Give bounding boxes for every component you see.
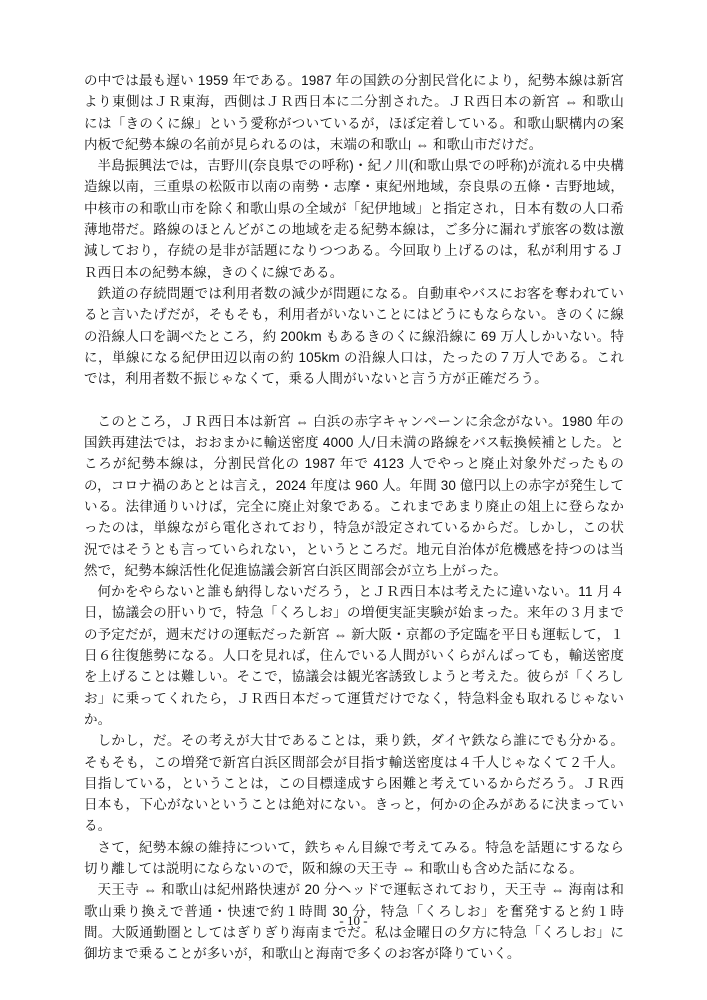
document-page: の中では最も遅い 1959 年である。1987 年の国鉄の分割民営化により，紀勢… — [0, 0, 707, 1000]
paragraph: 鉄道の存続問題では利用者数の減少が問題になる。自動車やバスにお客を奪われていると… — [84, 283, 624, 389]
page-number: - 10 - — [0, 913, 707, 929]
paragraph: 何かをやらないと誰も納得しないだろう，とＪＲ西日本は考えたに違いない。11 月４… — [84, 581, 624, 730]
paragraph: さて，紀勢本線の維持について，鉄ちゃん目線で考えてみる。特急を話題にするなら切り… — [84, 837, 624, 880]
document-body: の中では最も遅い 1959 年である。1987 年の国鉄の分割民営化により，紀勢… — [84, 70, 624, 964]
paragraph: 半島振興法では，吉野川(奈良県での呼称)・紀ノ川(和歌山県での呼称)が流れる中央… — [84, 155, 624, 283]
paragraph-continuation: の中では最も遅い 1959 年である。1987 年の国鉄の分割民営化により，紀勢… — [84, 70, 624, 155]
paragraph: しかし，だ。その考えが大甘であることは，乗り鉄，ダイヤ鉄なら誰にでも分かる。そも… — [84, 730, 624, 836]
paragraph: このところ，ＪＲ西日本は新宮 ⇔ 白浜の赤字キャンペーンに余念がない。1980 … — [84, 411, 624, 581]
